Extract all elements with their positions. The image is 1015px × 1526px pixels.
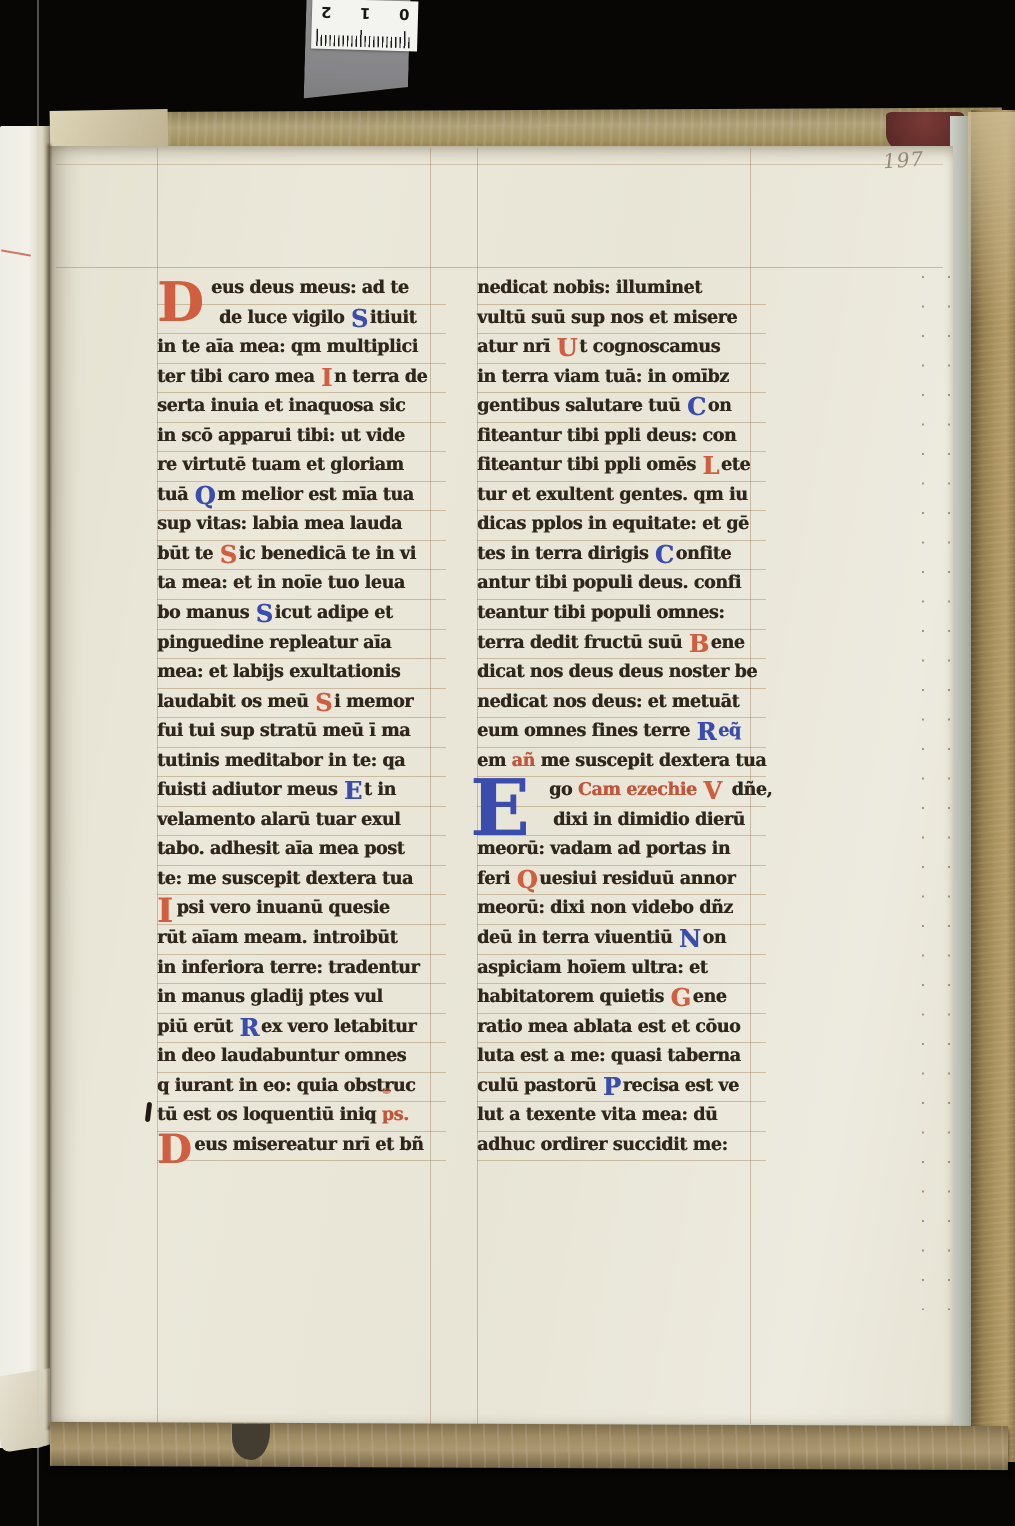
text-segment: vultū suū sup nos et misere [477,308,737,328]
text-segment: habitatorem quietis [477,987,670,1007]
text-line: tutinis meditabor in te: qa [157,747,446,777]
text-line: feri Quesiui residuū annor [477,865,766,895]
ruler: 2 1 0 [304,0,423,106]
text-line: pinguedine repleatur aīa [157,629,446,659]
versal-initial: C [687,392,706,421]
text-segment: būt te [157,544,219,564]
versal-initial: U [557,333,578,362]
text-segment: q iurant in eo: quia obstruc [157,1076,415,1096]
text-segment: in terra viam tuā: in omībz [477,367,729,387]
text-segment: piū erūt [157,1017,238,1037]
text-segment: terra dedit fructū suū [477,633,688,653]
text-segment: adhuc ordirer succidit me: [477,1135,728,1155]
text-segment: te: me suscepit dextera tua [157,869,413,889]
text-segment: on [708,396,732,416]
gutter-shadow [46,144,52,1430]
text-segment: in te aīa mea: qm multiplici [157,337,418,357]
versal-initial: E [344,776,362,805]
text-segment: meorū: vadam ad portas in [477,839,730,859]
text-line: piū erūt Rex vero letabitur [157,1013,446,1043]
text-segment: ta mea: et in noīe tuo leua [157,573,405,593]
text-segment: itiuit [370,308,416,328]
text-segment: tur et exultent gentes. qm iu [477,485,747,505]
text-line: fui tui sup stratū meū ī ma [157,717,446,747]
versal-initial: L [702,451,718,480]
text-line: in te aīa mea: qm multiplici [157,333,446,363]
text-segment: ex vero letabitur [261,1017,416,1037]
text-line: fuisti adiutor meus Et in [157,776,446,806]
text-segment: on [702,928,726,948]
text-line: Ipsi vero inuanū quesie [157,894,446,924]
text-segment: dicat nos deus deus noster be [477,662,757,682]
text-segment: tuā [157,485,194,505]
text-line: adhuc ordirer succidit me: [477,1131,766,1161]
text-line: teantur tibi populi omnes: [477,599,766,629]
text-segment: dñe, [732,780,773,800]
text-line: de luce vigilo Sitiuit [157,304,446,334]
versal-initial: R [239,1013,259,1042]
text-segment: icut adipe et [275,603,393,623]
text-segment: lut a texente vita mea: dū [477,1105,717,1125]
folio-number: 197 [882,147,925,174]
text-segment: bo manus [157,603,255,623]
text-segment: dixi in dimidio dierū [553,810,745,830]
text-segment: teantur tibi populi omnes: [477,603,724,623]
text-line: bo manus Sicut adipe et [157,599,446,629]
text-line: tes in terra dirigis Confite [477,540,766,570]
text-line: tabo. adhesit aīa mea post [157,835,446,865]
versal-initial: Q [195,481,216,510]
text-segment: fui tui sup stratū meū ī ma [157,721,410,741]
text-line: in scō apparui tibi: ut vide [157,422,446,452]
text-segment: meorū: dixi non videbo dñz [477,898,733,918]
text-line: rūt aīam meam. introibūt [157,924,446,954]
text-line: re virtutē tuam et gloriam [157,451,446,481]
text-line: nedicat nos deus: et metuāt [477,688,766,718]
text-line: fiteantur tibi ppli omēs Lete [477,451,766,481]
ruler-number: 1 [360,4,371,22]
versal-initial: Q [517,865,538,894]
text-segment: fiteantur tibi ppli deus: con [477,426,736,446]
text-line: habitatorem quietis Gene [477,983,766,1013]
text-segment: t in [364,780,396,800]
text-line: eum omnes fines terre Req̃ [477,717,766,747]
ruler-tick-marks-major [316,29,412,49]
pricking-holes [922,276,924,1310]
manuscript-photo: 197 Deus deus meus: ad tede luce vigilo … [0,0,1015,1526]
text-segment: go [549,780,578,800]
text-line: Deus deus meus: ad te [157,274,446,304]
text-segment: nedicat nobis: illuminet [477,278,702,298]
manuscript-page: 197 Deus deus meus: ad tede luce vigilo … [50,146,953,1428]
text-segment: eus misereatur nrī et bñ [194,1135,423,1155]
text-segment: tū est os loquentiū iniq [157,1105,382,1125]
text-column-right: nedicat nobis: illuminetvultū suū sup no… [477,274,766,1160]
text-segment: ratio mea ablata est et cōuo [477,1017,740,1037]
text-segment: in scō apparui tibi: ut vide [157,426,405,446]
text-segment: t cognoscamus [579,337,720,357]
text-segment: in deo laudabuntur omnes [157,1046,406,1066]
text-segment: velamento alarū tuar exul [157,810,400,830]
left-page-sliver [0,126,52,1448]
ruler-scale: 2 1 0 [311,0,418,52]
text-segment: gentibus salutare tuū [477,396,686,416]
text-segment: feri [477,869,516,889]
text-line: meorū: vadam ad portas in [477,835,766,865]
text-segment: i memor [334,692,413,712]
text-segment: n terra de [334,367,427,387]
text-segment: aspiciam hoīem ultra: et [477,958,707,978]
plexiglass-edge [37,0,39,1526]
text-segment: pinguedine repleatur aīa [157,633,391,653]
versal-initial: S [351,304,368,333]
text-line: serta inuia et inaquosa sic [157,392,446,422]
text-line: fiteantur tibi ppli deus: con [477,422,766,452]
ink-blot [145,1102,152,1122]
text-segment: de luce vigilo [219,308,350,328]
text-line: ratio mea ablata est et cōuo [477,1013,766,1043]
text-segment: fiteantur tibi ppli omēs [477,455,701,475]
text-line: sup vitas: labia mea lauda [157,510,446,540]
text-line: Ego Cam ezechie V dñe, [477,776,766,806]
text-segment: eq̃ [718,721,741,741]
text-segment: ps. [382,1105,409,1125]
text-line: antur tibi populi deus. confi [477,569,766,599]
text-segment: nedicat nos deus: et metuāt [477,692,739,712]
text-line: lut a texente vita mea: dū [477,1101,766,1131]
text-segment: atur nrī [477,337,556,357]
text-line: in deo laudabuntur omnes [157,1042,446,1072]
text-segment: rūt aīam meam. introibūt [157,928,397,948]
text-segment: m melior est mīa tua [217,485,413,505]
versal-initial: V [703,776,729,805]
text-line: ta mea: et in noīe tuo leua [157,569,446,599]
text-line: te: me suscepit dextera tua [157,865,446,895]
text-segment: luta est a me: quasi taberna [477,1046,740,1066]
text-segment: eus deus meus: ad te [211,278,409,298]
text-segment: dicas pplos in equitate: et gē [477,514,749,534]
text-segment: onfite [676,544,731,564]
text-line: atur nrī Ut cognoscamus [477,333,766,363]
versal-initial: S [315,688,332,717]
text-line: laudabit os meū Si memor [157,688,446,718]
text-segment: sup vitas: labia mea lauda [157,514,402,534]
text-segment: in manus gladij ptes vul [157,987,383,1007]
text-segment: psi vero inuanū quesie [177,898,390,918]
text-segment: tabo. adhesit aīa mea post [157,839,404,859]
ruler-labels: 2 1 0 [312,3,418,24]
text-segment: deū in terra viuentiū [477,928,678,948]
versal-initial: R [697,717,717,746]
text-segment: mea: et labijs exultationis [157,662,400,682]
text-segment: Cam ezechie [578,780,703,800]
text-segment: culū pastorū [477,1076,602,1096]
text-line: tur et exultent gentes. qm iu [477,481,766,511]
pricking-holes [948,276,950,1310]
text-segment: tes in terra dirigis [477,544,654,564]
text-line: dicas pplos in equitate: et gē [477,510,766,540]
ruler-number: 0 [398,5,409,23]
text-segment: recisa est ve [623,1076,739,1096]
text-segment: ene [693,987,727,1007]
ruler-number: 2 [321,3,332,21]
text-line: velamento alarū tuar exul [157,806,446,836]
text-line: būt te Sic benedicā te in vi [157,540,446,570]
text-segment: re virtutē tuam et gloriam [157,455,404,475]
text-line: tuā Qm melior est mīa tua [157,481,446,511]
ruling-line-horizontal [56,164,943,165]
text-segment: ete [721,455,750,475]
text-segment: tutinis meditabor in te: qa [157,751,405,771]
text-line: ter tibi caro mea In terra de [157,363,446,393]
versal-initial: P [603,1072,621,1101]
text-line: culū pastorū Precisa est ve [477,1072,766,1102]
text-line: deū in terra viuentiū Non [477,924,766,954]
text-segment: me suscepit dextera tua [541,751,767,771]
text-line: vultū suū sup nos et misere [477,304,766,334]
text-line: meorū: dixi non videbo dñz [477,894,766,924]
versal-initial: D [157,1126,191,1173]
text-segment: antur tibi populi deus. confi [477,573,741,593]
text-segment: ter tibi caro mea [157,367,320,387]
ruling-line-horizontal [56,267,943,268]
text-segment: ic benedicā te in vi [239,544,416,564]
text-line: in inferiora terre: tradentur [157,954,446,984]
text-segment: serta inuia et inaquosa sic [157,396,405,416]
text-line: Deus misereatur nrī et bñ [157,1131,446,1161]
text-column-left: Deus deus meus: ad tede luce vigilo Siti… [157,274,446,1160]
text-line: terra dedit fructū suū Bene [477,629,766,659]
text-segment: fuisti adiutor meus [157,780,343,800]
red-stray-mark [382,1088,391,1094]
text-segment: in inferiora terre: tradentur [157,958,419,978]
text-line: aspiciam hoīem ultra: et [477,954,766,984]
text-line: tū est os loquentiū iniq ps. [157,1101,446,1131]
versal-initial: I [321,363,332,392]
text-line: q iurant in eo: quia obstruc [157,1072,446,1102]
text-line: in manus gladij ptes vul [157,983,446,1013]
text-line: mea: et labijs exultationis [157,658,446,688]
text-line: nedicat nobis: illuminet [477,274,766,304]
versal-initial: S [220,540,237,569]
text-line: gentibus salutare tuū Con [477,392,766,422]
text-segment: uesiui residuū annor [539,869,735,889]
bottom-cover-edge [50,1422,1008,1470]
versal-initial: B [689,629,709,658]
versal-initial: N [679,924,701,953]
versal-initial: G [671,983,691,1012]
text-line: dixi in dimidio dierū [477,806,766,836]
text-line: in terra viam tuā: in omībz [477,363,766,393]
text-segment: laudabit os meū [157,692,314,712]
versal-initial: S [256,599,273,628]
text-segment: ene [711,633,745,653]
right-cover-highlight [968,112,1015,322]
text-line: luta est a me: quasi taberna [477,1042,766,1072]
text-segment: eum omnes fines terre [477,721,696,741]
text-line: dicat nos deus deus noster be [477,658,766,688]
versal-initial: C [655,540,674,569]
